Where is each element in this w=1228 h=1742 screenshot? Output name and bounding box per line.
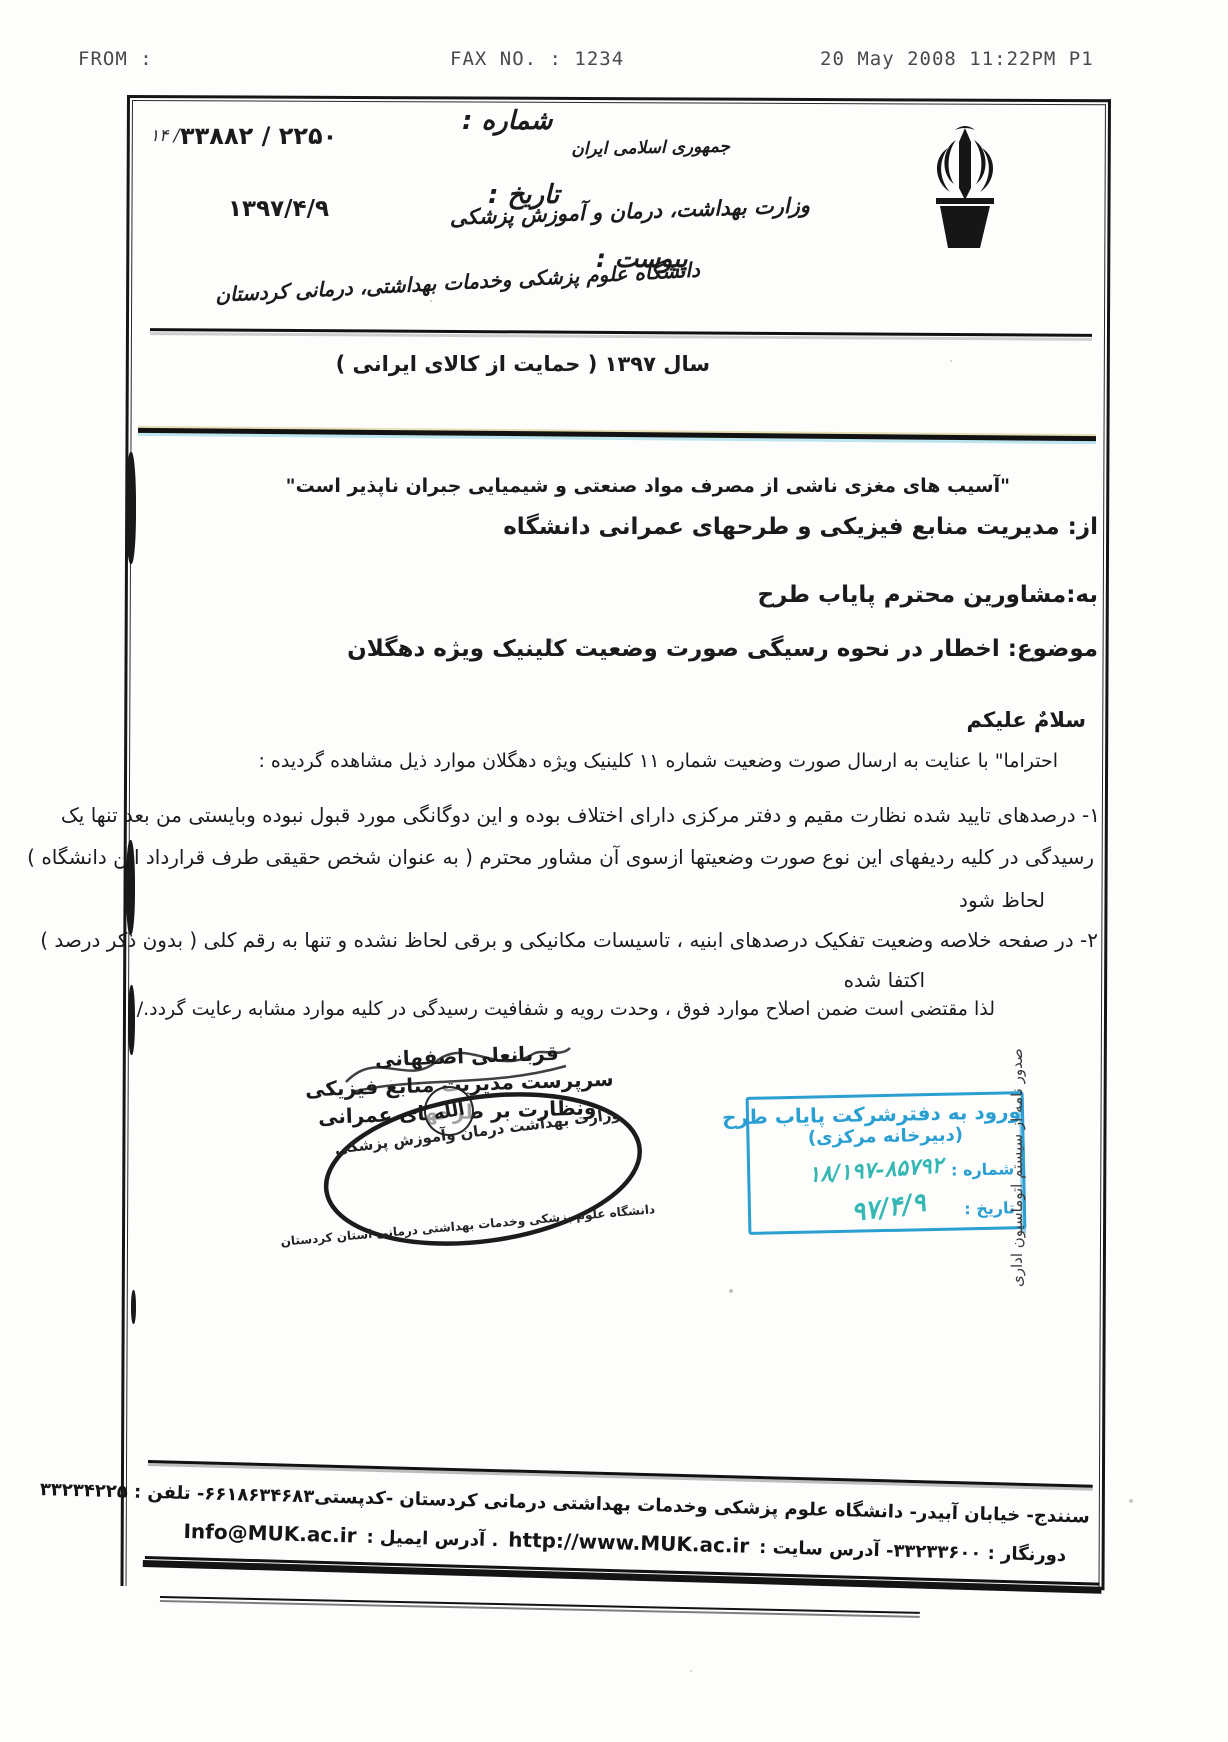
scan-artifact	[128, 985, 135, 1055]
entry-stamp-number-value: ۱۸/۱۹۷-۸۵۷۹۲	[807, 1152, 944, 1188]
to-line: به:مشاورین محترم پایاب طرح	[757, 582, 1098, 608]
document-border	[120, 95, 1110, 1590]
iran-coat-of-arms-icon	[928, 122, 1002, 252]
fax-number: FAX NO. : 1234	[450, 48, 624, 70]
entry-stamp-number-label: شماره :	[951, 1159, 1014, 1179]
footer-email: Info@MUK.ac.ir	[183, 1519, 357, 1548]
footer-email-label: . آدرس ایمیل :	[366, 1527, 498, 1551]
letter-number-value: ۲۲۵۰ / ۳۳۸۸۲	[180, 122, 337, 150]
item1-line2: رسیدگی در کلیه ردیفهای این نوع صورت وضعی…	[27, 845, 1094, 869]
fax-timestamp: 20 May 2008 11:22PM P1	[820, 48, 1094, 70]
corner-handwritten-note: ۱۴ /	[150, 126, 179, 146]
automation-side-note: صدور نامه از سیستم اتوماسیون اداری	[1008, 1048, 1036, 1358]
item1-line3: لحاظ شود	[959, 888, 1045, 912]
item1-line1: ۱- درصدهای تایید شده نظارت مقیم و دفتر م…	[61, 803, 1100, 827]
year-slogan-line: سال ۱۳۹۷ ( حمایت از کالای ایرانی )	[390, 352, 710, 376]
entry-registration-stamp: ورود به دفترشرکت پایاب طرح (دبیرخانه مرک…	[746, 1091, 1027, 1235]
from-line: از: مدیریت منابع فیزیکی و طرحهای عمرانی …	[503, 514, 1098, 540]
entry-stamp-date-value: ۹۷/۴/۹	[850, 1188, 928, 1228]
item2-line1: ۲- در صفحه خلاصه وضعیت تفکیک درصدهای ابن…	[40, 928, 1098, 952]
closing-line: لذا مقتضی است ضمن اصلاح موارد فوق ، وحدت…	[131, 998, 995, 1020]
health-slogan: "آسیب های مغزی ناشی از مصرف مواد صنعتی و…	[286, 475, 1010, 497]
letter-date-value: ۱۳۹۷/۴/۹	[228, 196, 329, 222]
bottom-border-line-2	[160, 1596, 920, 1614]
salutation: سلامٌ علیکم	[967, 708, 1086, 732]
item2-line2: اکتفا شده	[844, 968, 925, 992]
number-label: شماره :	[462, 106, 552, 136]
fax-from-label: FROM :	[78, 48, 153, 70]
intro-line: احتراما" با عنایت به ارسال صورت وضعیت شم…	[258, 750, 1058, 772]
scanned-fax-page: FROM : FAX NO. : 1234 20 May 2008 11:22P…	[0, 0, 1228, 1742]
scan-noise	[430, 300, 432, 302]
letterhead-country: جمهوری اسلامی ایران	[575, 137, 730, 160]
subject-line: موضوع: اخطار در نحوه رسیگی صورت وضعیت کل…	[347, 636, 1098, 662]
scan-artifact	[131, 1290, 136, 1324]
scan-artifact	[126, 452, 136, 564]
